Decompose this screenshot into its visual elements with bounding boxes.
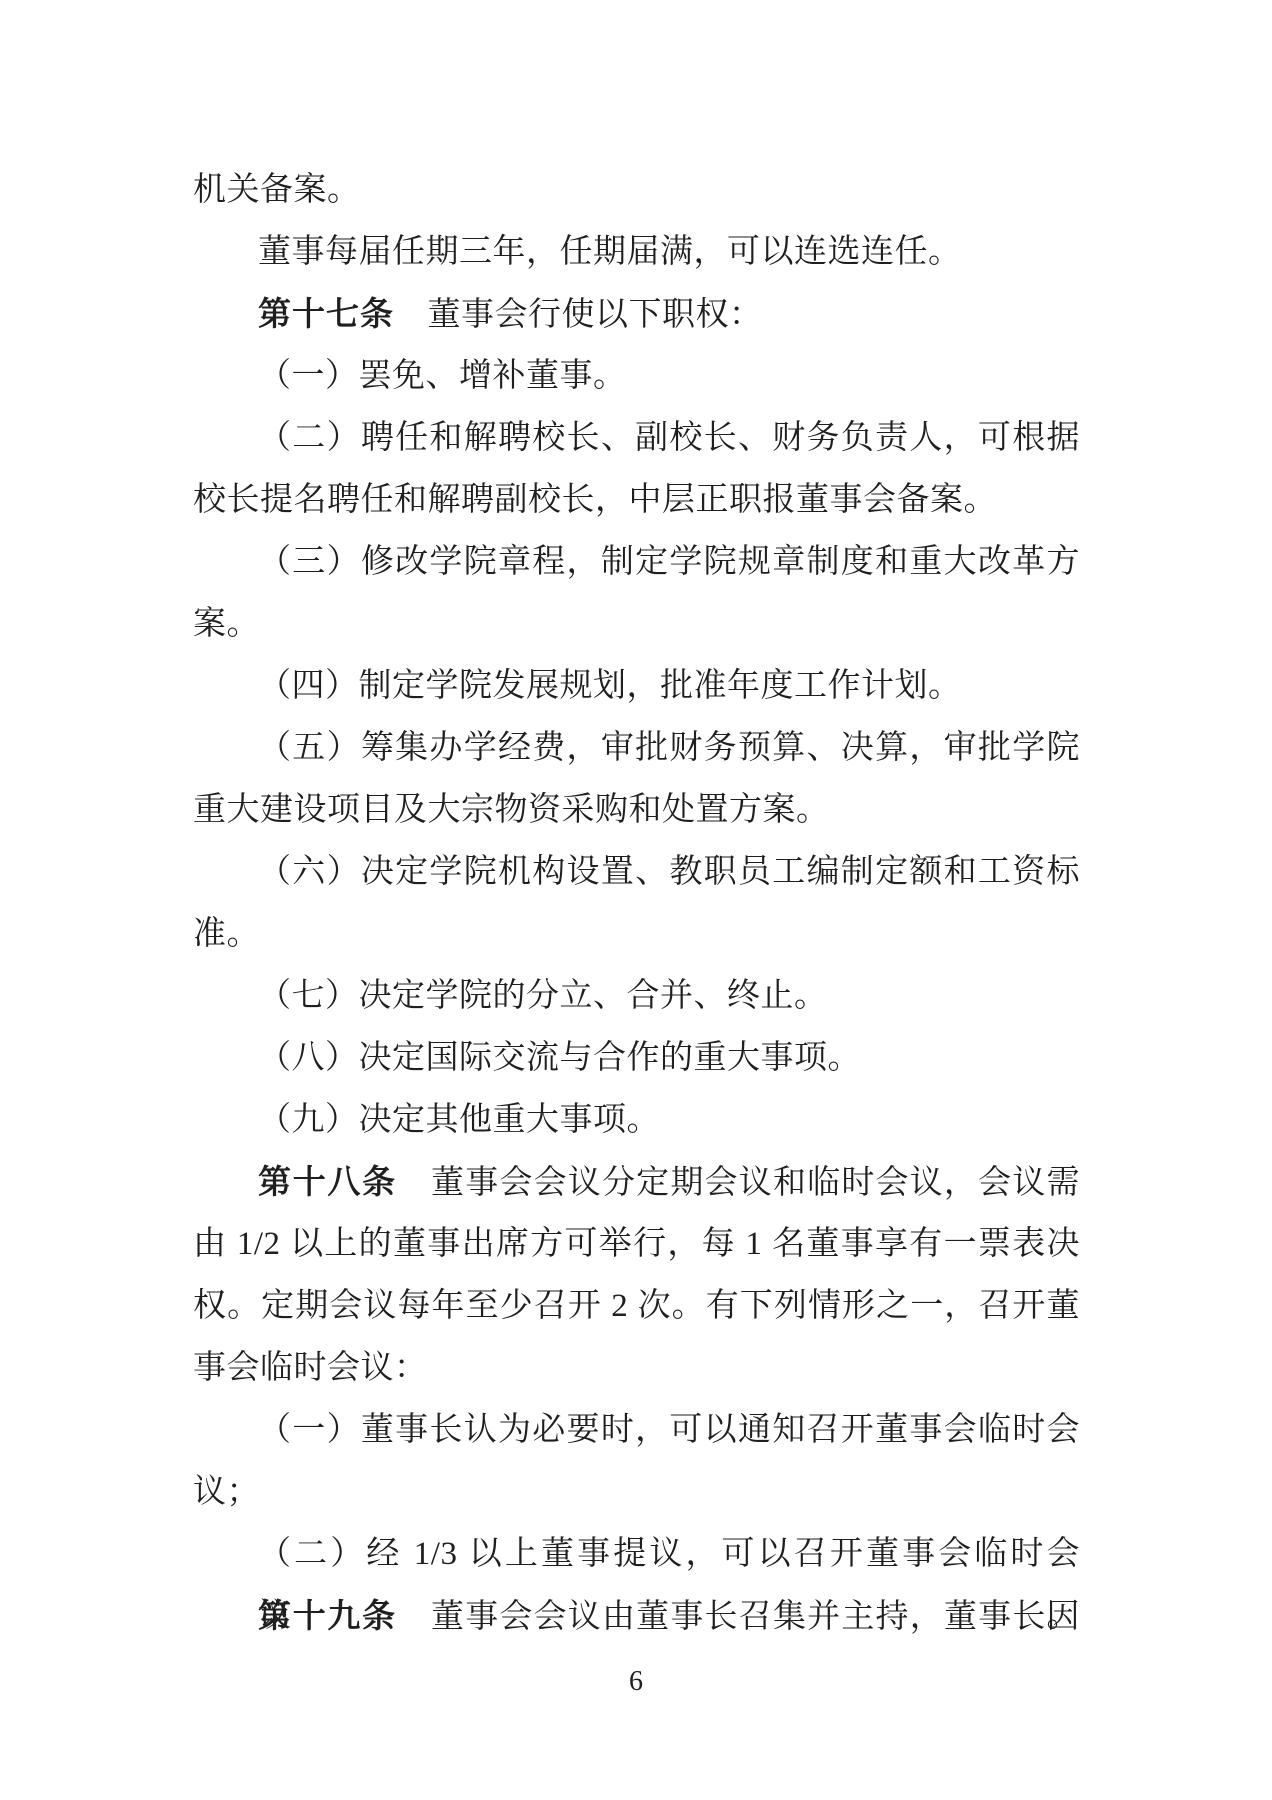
line-text: 董事会行使以下职权： [394,297,763,333]
line-text: 权。定期会议每年至少召开 2 次。有下列情形之一，召开董 [193,1288,1080,1324]
document-line: （一）董事长认为必要时，可以通知召开董事会临时会 [193,1399,1080,1461]
document-line: （二）聘任和解聘校长、副校长、财务负责人，可根据 [193,407,1080,469]
document-line: 校长提名聘任和解聘副校长，中层正职报董事会备案。 [193,469,1080,531]
line-text: 事会临时会议： [193,1350,428,1386]
line-text: （三）修改学院章程，制定学院规章制度和重大改革方 [258,544,1080,580]
document-line: （九）决定其他重大事项。 [193,1089,1080,1151]
document-line: 事会临时会议： [193,1337,1080,1399]
line-text: 董事会会议由董事长召集并主持，董事长因 [397,1599,1080,1635]
document-line: （六）决定学院机构设置、教职员工编制定额和工资标 [193,841,1080,903]
document-line: 第十九条 董事会会议由董事长召集并主持，董事长因 [193,1585,1080,1647]
article-number: 第十七条 [258,295,394,332]
document-line: 重大建设项目及大宗物资采购和处置方案。 [193,779,1080,841]
document-line: （七）决定学院的分立、合并、终止。 [193,965,1080,1027]
document-line: （八）决定国际交流与合作的重大事项。 [193,1027,1080,1089]
document-line: 第十八条 董事会会议分定期会议和临时会议，会议需 [193,1151,1080,1213]
document-body: 机关备案。董事每届任期三年，任期届满，可以连选连任。第十七条 董事会行使以下职权… [193,159,1080,1647]
line-text: 由 1/2 以上的董事出席方可举行，每 1 名董事享有一票表决 [193,1226,1080,1262]
line-text: 董事会会议分定期会议和临时会议，会议需 [397,1165,1080,1201]
line-text: 议； [193,1474,260,1510]
line-text: （六）决定学院机构设置、教职员工编制定额和工资标 [258,854,1080,890]
document-line: （五）筹集办学经费，审批财务预算、决算，审批学院 [193,717,1080,779]
document-line: 权。定期会议每年至少召开 2 次。有下列情形之一，召开董 [193,1275,1080,1337]
line-text: 校长提名聘任和解聘副校长，中层正职报董事会备案。 [193,482,997,518]
document-line: 由 1/2 以上的董事出席方可举行，每 1 名董事享有一票表决 [193,1213,1080,1275]
line-text: （五）筹集办学经费，审批财务预算、决算，审批学院 [258,730,1080,766]
document-line: （三）修改学院章程，制定学院规章制度和重大改革方 [193,531,1080,593]
document-line: （四）制定学院发展规划，批准年度工作计划。 [193,655,1080,717]
line-text: （一）罢免、增补董事。 [258,358,627,394]
document-page: 机关备案。董事每届任期三年，任期届满，可以连选连任。第十七条 董事会行使以下职权… [0,0,1272,1800]
document-line: 第十七条 董事会行使以下职权： [193,283,1080,345]
document-line: （一）罢免、增补董事。 [193,345,1080,407]
line-text: 准。 [193,916,260,952]
line-text: 重大建设项目及大宗物资采购和处置方案。 [193,792,830,828]
line-text: 董事每届任期三年，任期届满，可以连选连任。 [258,234,962,270]
document-line: 准。 [193,903,1080,965]
document-line: 董事每届任期三年，任期届满，可以连选连任。 [193,221,1080,283]
line-text: （八）决定国际交流与合作的重大事项。 [258,1040,861,1076]
article-number: 第十九条 [258,1597,397,1634]
line-text: （一）董事长认为必要时，可以通知召开董事会临时会 [258,1412,1080,1448]
document-line: 案。 [193,593,1080,655]
document-line: （二）经 1/3 以上董事提议，可以召开董事会临时会议。 [193,1523,1080,1585]
line-text: 机关备案。 [193,172,361,208]
line-text: （九）决定其他重大事项。 [258,1102,660,1138]
article-number: 第十八条 [258,1163,397,1200]
line-text: 案。 [193,606,260,642]
page-number: 6 [0,1666,1272,1698]
line-text: （七）决定学院的分立、合并、终止。 [258,978,828,1014]
document-line: 议； [193,1461,1080,1523]
line-text: （四）制定学院发展规划，批准年度工作计划。 [258,668,962,704]
line-text: （二）聘任和解聘校长、副校长、财务负责人，可根据 [258,420,1080,456]
document-line: 机关备案。 [193,159,1080,221]
